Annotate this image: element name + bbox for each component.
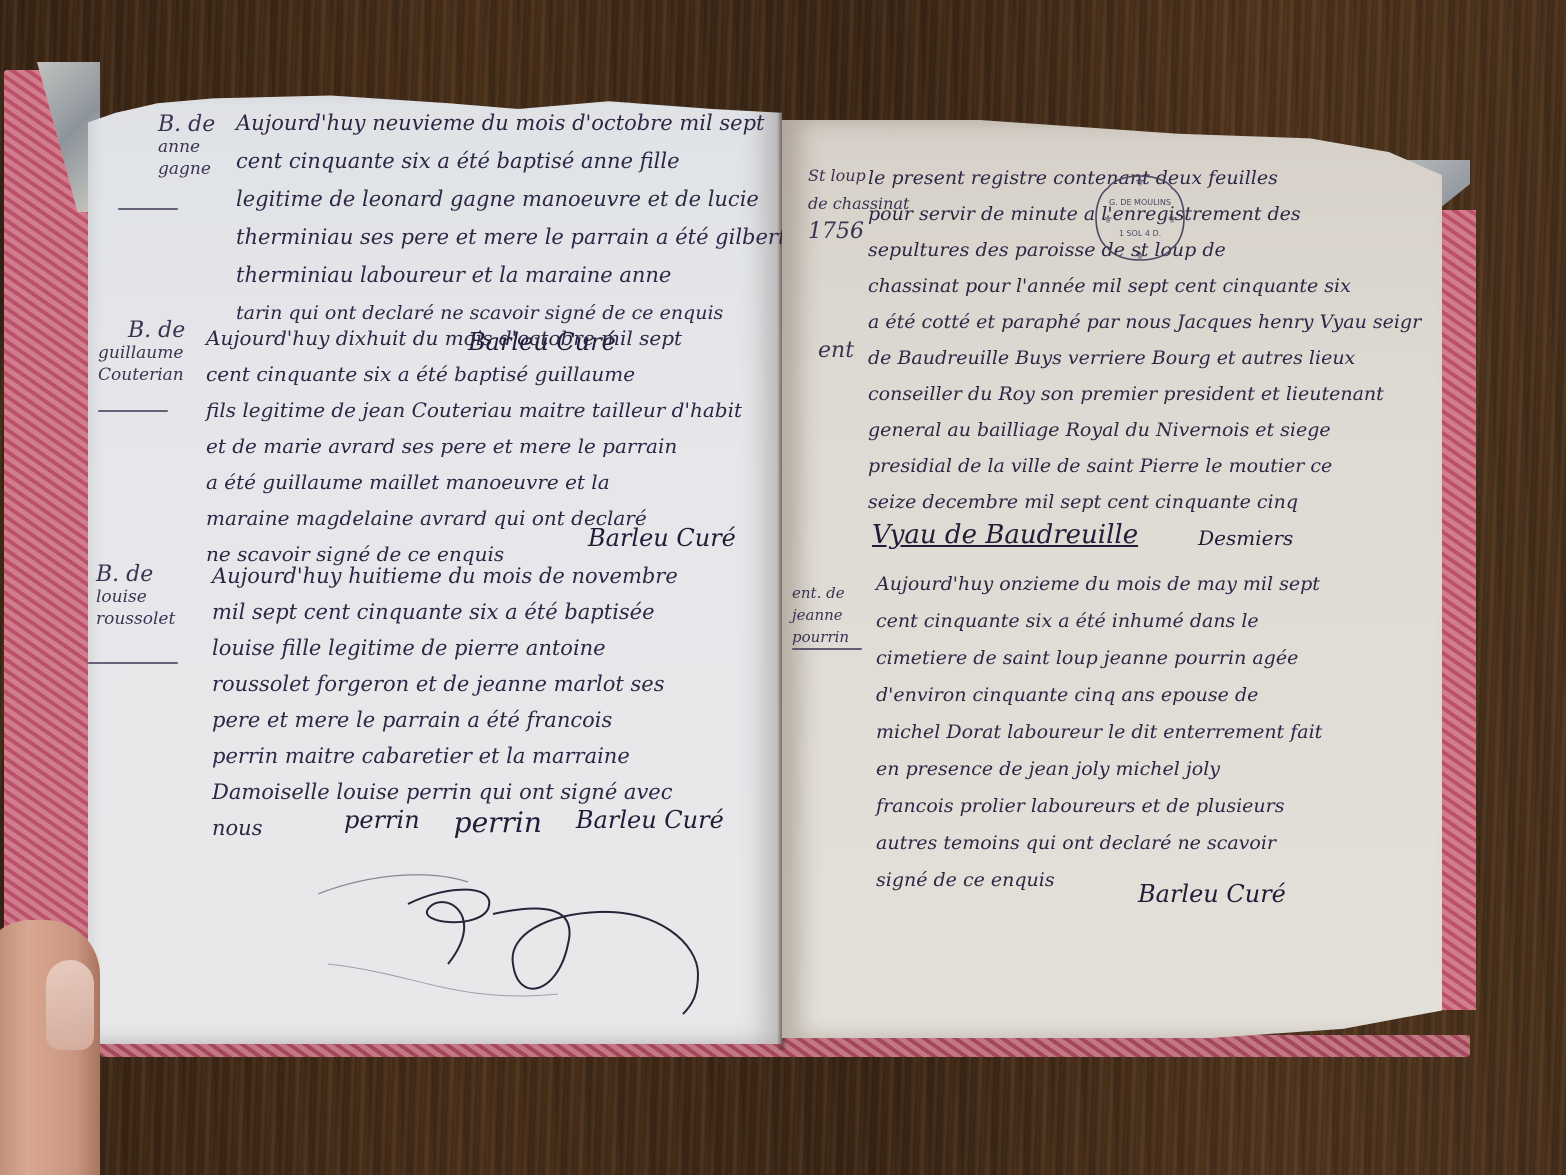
godmother-signature: perrin — [454, 806, 542, 839]
certification-line: a été cotté et paraphé par nous Jacques … — [868, 304, 1421, 340]
paraph-flourish-icon — [298, 854, 728, 1024]
svg-text:⚜: ⚜ — [1167, 213, 1177, 226]
margin-surname: roussolet — [96, 608, 175, 630]
entry-line: michel Dorat laboureur le dit enterremen… — [876, 714, 1322, 751]
certification-line: de Baudreuille Buys verriere Bourg et au… — [868, 340, 1421, 376]
certification-signatures: Vyau de Baudreuille Desmiers — [872, 520, 1293, 550]
entry-line: fils legitime de jean Couteriau maitre t… — [206, 392, 742, 428]
baptism-entry-anne-gagne: Aujourd'huy neuvieme du mois d'octobre m… — [236, 104, 786, 332]
entry-line: roussolet forgeron et de jeanne marlot s… — [212, 666, 678, 702]
entry-margin-jeanne-pourrin: ent. de jeanne pourrin — [792, 582, 849, 648]
entry-line: a été guillaume maillet manoeuvre et la — [206, 464, 742, 500]
margin-rule — [792, 648, 862, 650]
thumbnail — [46, 960, 94, 1050]
priest-signature: Barleu Curé — [1138, 880, 1286, 908]
entry-line: therminiau laboureur et la maraine anne — [236, 256, 786, 294]
priest-signature: Barleu Curé — [576, 806, 724, 839]
witness-signatures: perrin perrin Barleu Curé — [344, 806, 724, 839]
entry-line: perrin maitre cabaretier et la marraine — [212, 738, 678, 774]
margin-label: B. de — [96, 564, 175, 586]
margin-label: ent. de — [792, 582, 849, 604]
entry-line: louise fille legitime de pierre antoine — [212, 630, 678, 666]
entry-line: cent cinquante six a été baptisé guillau… — [206, 356, 742, 392]
margin-surname: gagne — [158, 158, 215, 180]
entry-line: cimetiere de saint loup jeanne pourrin a… — [876, 640, 1322, 677]
entry-line: Aujourd'huy onzieme du mois de may mil s… — [876, 566, 1322, 603]
margin-label: B. de — [158, 114, 215, 136]
entry-line: en presence de jean joly michel joly — [876, 751, 1322, 788]
margin-rule — [88, 662, 178, 664]
tax-stamp-icon: ⚜ ⚜ ⚜ ⚜ G. DE MOULINS 1 SOL 4 D. — [1088, 168, 1192, 268]
entry-line: pere et mere le parrain a été francois — [212, 702, 678, 738]
entry-margin-guillaume: B. de guillaume Couterian — [98, 320, 185, 386]
certification-line: general au bailliage Royal du Nivernois … — [868, 412, 1421, 448]
entry-line: d'environ cinquante cinq ans epouse de — [876, 677, 1322, 714]
entry-line: therminiau ses pere et mere le parrain a… — [236, 218, 786, 256]
entry-line: Aujourd'huy huitieme du mois de novembre — [212, 558, 678, 594]
margin-surname: Couterian — [98, 364, 185, 386]
priest-signature: Barleu Curé — [588, 524, 736, 552]
entry-line: cent cinquante six a été baptisé anne fi… — [236, 142, 786, 180]
margin-name: louise — [96, 586, 175, 608]
margin-name: anne — [158, 136, 215, 158]
certification-line: conseiller du Roy son premier president … — [868, 376, 1421, 412]
margin-rule — [118, 208, 178, 210]
baptism-entry-louise: Aujourd'huy huitieme du mois de novembre… — [212, 558, 678, 846]
left-page: B. de anne gagne Aujourd'huy neuvieme du… — [88, 84, 782, 1044]
entry-line: francois prolier laboureurs et de plusie… — [876, 788, 1322, 825]
certification-margin-mark: ent — [818, 340, 854, 362]
svg-text:⚜: ⚜ — [1135, 249, 1146, 263]
certification-line: presidial de la ville de saint Pierre le… — [868, 448, 1421, 484]
judge-signature: Vyau de Baudreuille — [872, 520, 1138, 550]
stamp-top-text: G. DE MOULINS — [1109, 198, 1171, 207]
entry-line: legitime de leonard gagne manoeuvre et d… — [236, 180, 786, 218]
entry-margin-louise: B. de louise roussolet — [96, 564, 175, 630]
entry-line: Damoiselle louise perrin qui ont signé a… — [212, 774, 678, 810]
margin-label: B. de — [98, 320, 185, 342]
burial-entry-jeanne-pourrin: Aujourd'huy onzieme du mois de may mil s… — [876, 566, 1322, 899]
svg-text:⚜: ⚜ — [1103, 213, 1113, 226]
entry-line: et de marie avrard ses pere et mere le p… — [206, 428, 742, 464]
entry-line: cent cinquante six a été inhumé dans le — [876, 603, 1322, 640]
margin-name: jeanne — [792, 604, 849, 626]
entry-line: mil sept cent cinquante six a été baptis… — [212, 594, 678, 630]
certification-line: chassinat pour l'année mil sept cent cin… — [868, 268, 1421, 304]
entry-line: autres temoins qui ont declaré ne scavoi… — [876, 825, 1322, 862]
margin-rule — [98, 410, 168, 412]
clerk-signature: Desmiers — [1198, 526, 1293, 550]
svg-text:⚜: ⚜ — [1135, 175, 1146, 189]
margin-name: guillaume — [98, 342, 185, 364]
godfather-signature: perrin — [344, 806, 420, 839]
entry-margin-anne-gagne: B. de anne gagne — [158, 114, 215, 180]
stamp-bottom-text: 1 SOL 4 D. — [1119, 229, 1161, 238]
entry-line: Aujourd'huy dixhuit du mois d'octobre mi… — [206, 320, 742, 356]
certification-line: seize decembre mil sept cent cinquante c… — [868, 484, 1421, 520]
entry-line: Aujourd'huy neuvieme du mois d'octobre m… — [236, 104, 786, 142]
margin-surname: pourrin — [792, 626, 849, 648]
